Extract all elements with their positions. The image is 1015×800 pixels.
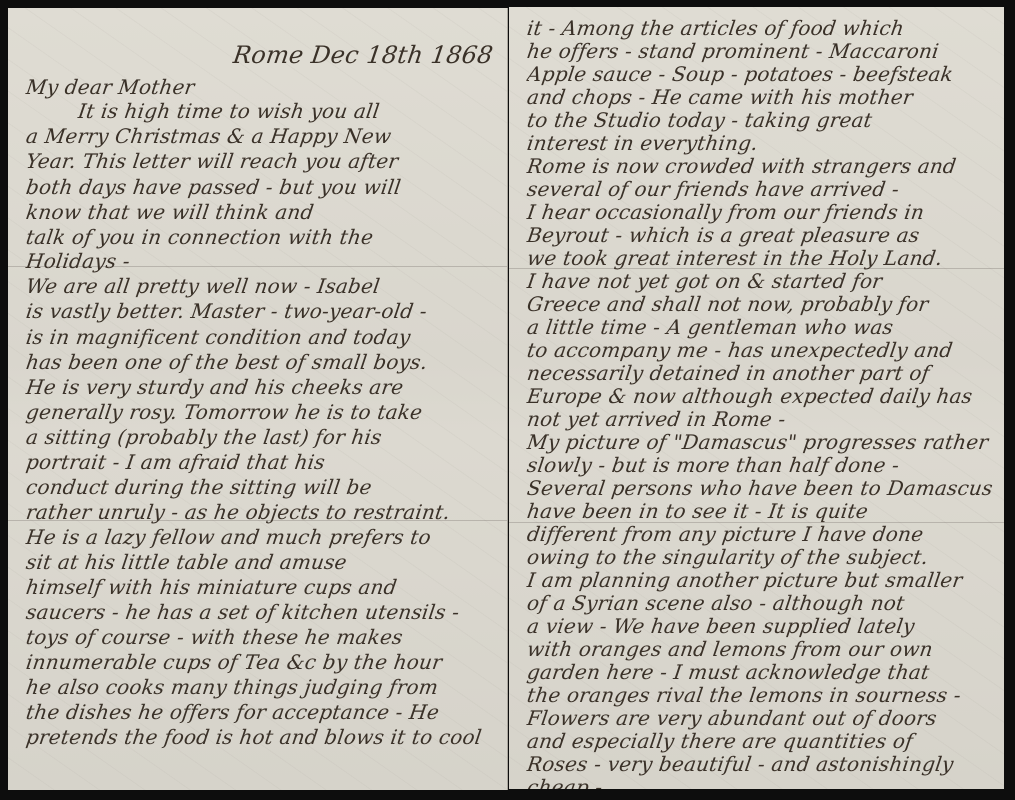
text-line: pretends the food is hot and blows it to…	[24, 724, 499, 754]
left-page-text: Rome Dec 18th 1868 My dear Mother It is …	[8, 8, 507, 790]
right-page-text: it - Among the articles of food which he…	[509, 7, 1004, 789]
letter-page-right: it - Among the articles of food which he…	[509, 7, 1004, 789]
dateline: Rome Dec 18th 1868	[231, 42, 499, 72]
letter-page-left: Rome Dec 18th 1868 My dear Mother It is …	[8, 8, 508, 790]
text-line: cheap -	[525, 774, 996, 789]
